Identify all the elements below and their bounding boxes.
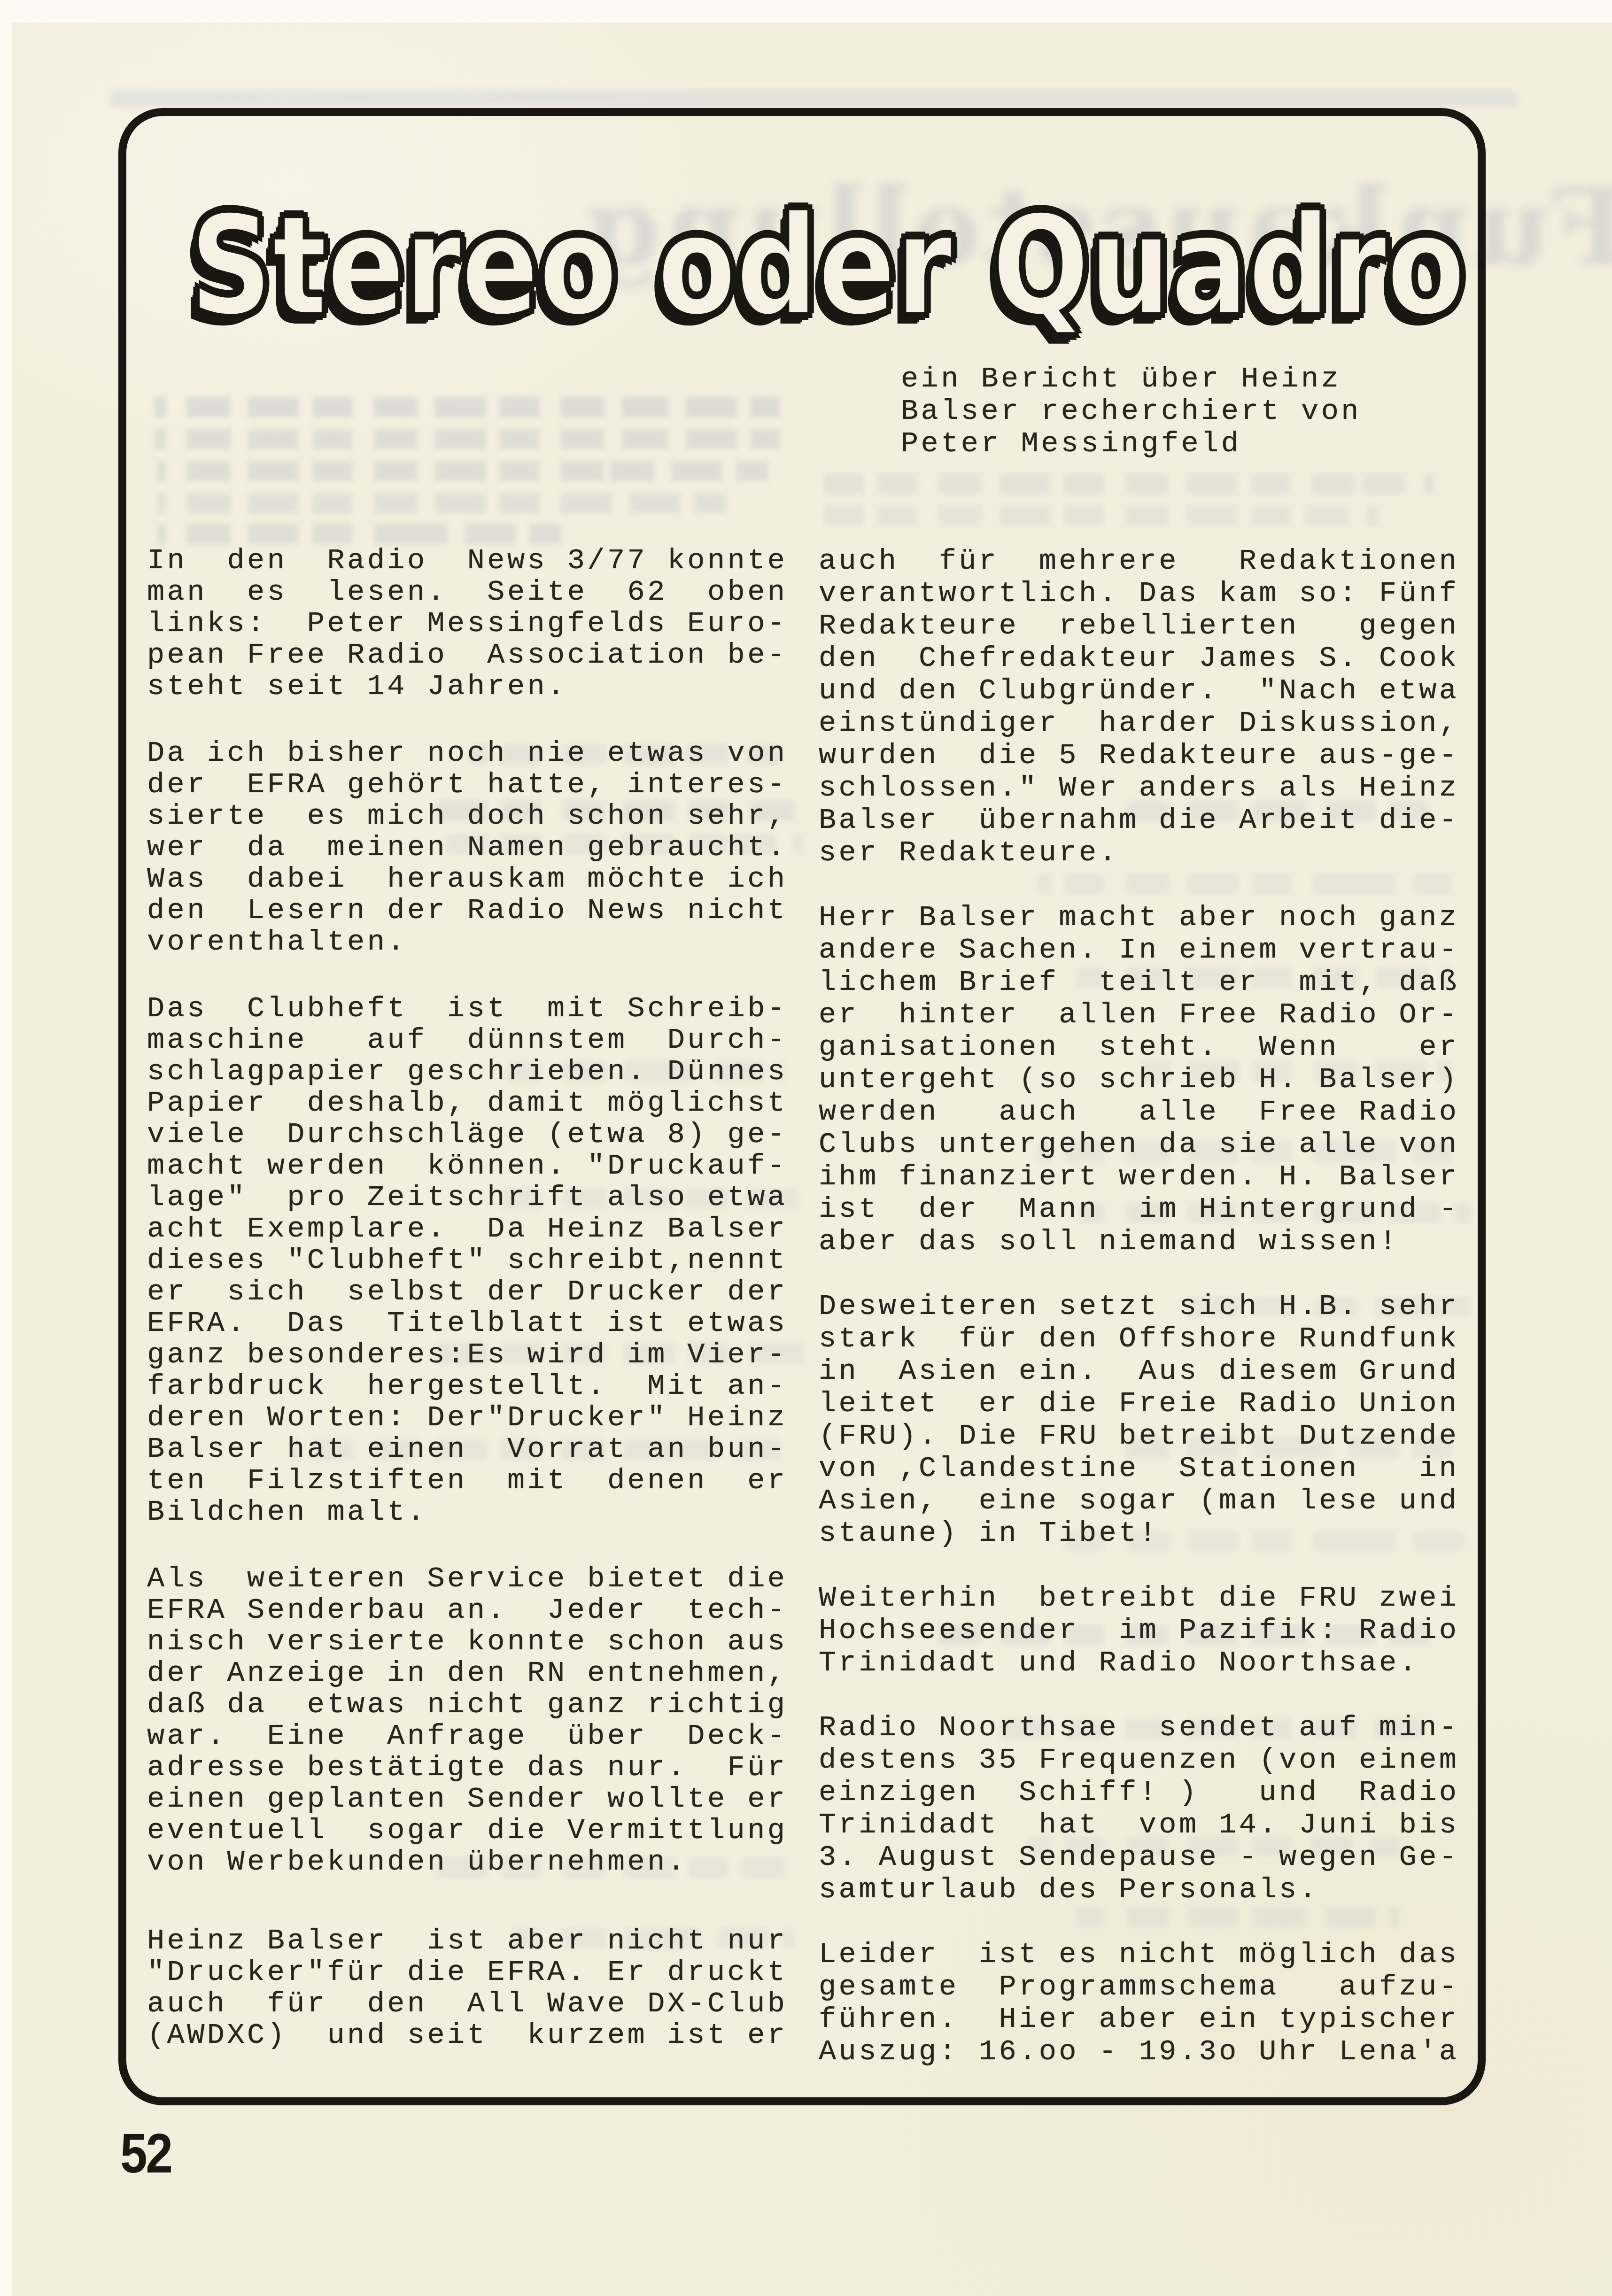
paragraph: Da ich bisher noch nie etwas von der EFR… <box>147 737 787 958</box>
bleed-smudge <box>157 461 768 481</box>
paragraph: Heinz Balser ist aber nicht nur "Drucker… <box>147 1925 787 2051</box>
page-top-edge <box>0 0 1612 23</box>
paragraph: Das Clubheft ist mit Schreib- maschine a… <box>147 993 787 1528</box>
paragraph: Radio Noorthsae sendet auf min- destens … <box>819 1711 1459 1906</box>
page-left-edge <box>0 0 12 2296</box>
paragraph: auch für mehrere Redaktionen verantwortl… <box>819 545 1459 869</box>
article-subtitle: ein Bericht über Heinz Balser recherchie… <box>901 363 1361 460</box>
bleed-smudge <box>824 473 1435 494</box>
paragraph: Herr Balser macht aber noch ganz andere … <box>819 901 1459 1258</box>
bleed-smudge <box>155 397 780 417</box>
paragraph: Weiterhin betreibt die FRU zwei Hochsees… <box>819 1582 1459 1679</box>
article-title: Stereo oder Quadro <box>190 197 1465 334</box>
bleed-streak <box>110 90 1517 107</box>
paragraph: In den Radio News 3/77 konnte man es les… <box>147 545 787 702</box>
left-column: In den Radio News 3/77 konnte man es les… <box>147 545 787 2051</box>
page-number: 52 <box>120 2122 171 2186</box>
paragraph: Desweiteren setzt sich H.B. sehr stark f… <box>819 1290 1459 1549</box>
paragraph: Leider ist es nicht möglich das gesamte … <box>819 1938 1459 2068</box>
bleed-smudge <box>155 429 780 449</box>
scanned-page: { "page": { "number": "52", "title": "St… <box>0 0 1612 2296</box>
right-column: auch für mehrere Redaktionen verantwortl… <box>819 545 1459 2068</box>
bleed-smudge <box>157 493 726 513</box>
bleed-smudge <box>157 524 561 544</box>
bleed-smudge <box>824 505 1379 526</box>
paragraph: Als weiteren Service bietet die EFRA Sen… <box>147 1563 787 1878</box>
